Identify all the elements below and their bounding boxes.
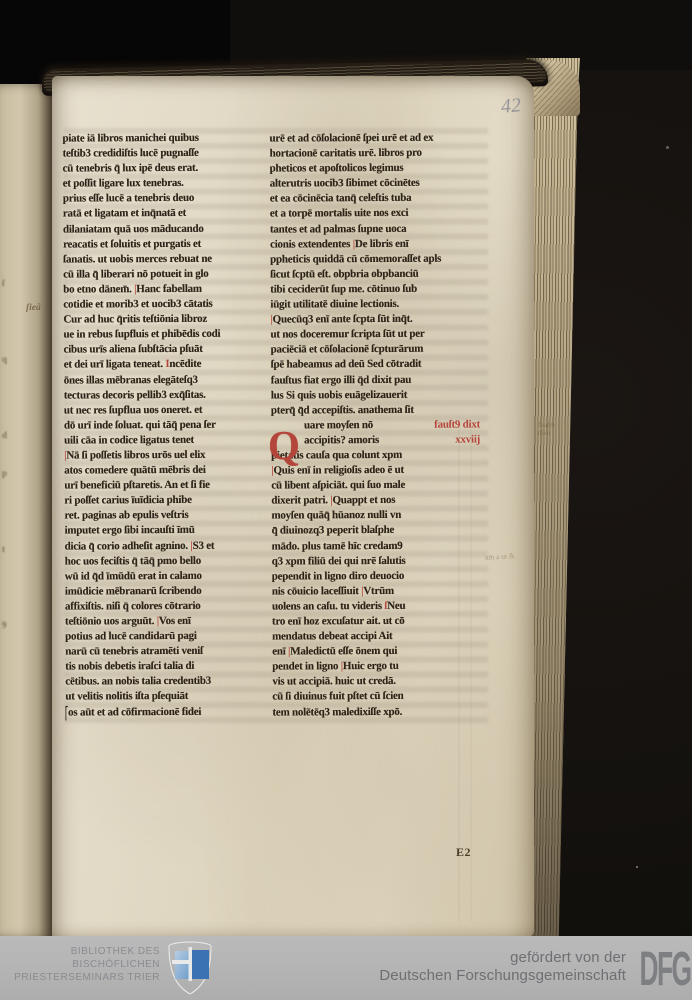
- body-text: moyſen quāq̄ hūanoz nulli vn: [271, 509, 401, 522]
- body-text: uolens an caſu. tu videris: [272, 600, 384, 613]
- text-line: p: [2, 454, 16, 492]
- body-text: tibi ceciderūt ſup me. cōtinuo ſub: [270, 283, 417, 296]
- text-line: urī beneficiū pſtaretis. An et ſi fie: [64, 478, 270, 494]
- body-text: p: [2, 468, 7, 478]
- body-text: ōnes illas mēbranas elegāteſq3: [64, 373, 198, 386]
- text-line: cū ſi diuinus fuit pſtet cū ſcien: [272, 689, 484, 705]
- background-shadow-top: [230, 0, 692, 70]
- body-text: q3 xpm filiū dei qui nrē ſalutis: [272, 554, 406, 567]
- text-line: cū illa q̄ liberari nō potueit in glo: [63, 266, 269, 282]
- text-line: bo etno dānem̄. |Hanc fabellam: [63, 281, 269, 297]
- text-line: imputet ergo ſibi incauſti īmū: [65, 523, 271, 539]
- text-line: cibus urīs aliena ſubſtācia pſuāt: [64, 342, 270, 358]
- gloss-line: dixit: [538, 429, 555, 438]
- text-line: tibi ceciderūt ſup me. cōtinuo ſub: [270, 281, 482, 297]
- body-text: iūgit utilitatē diuine lectionis.: [270, 298, 399, 311]
- body-text: tantes et ad palmas ſupne uoca: [270, 222, 406, 235]
- text-line: [2, 378, 16, 416]
- text-line: tantes et ad palmas ſupne uoca: [270, 221, 482, 237]
- dust-speck: [666, 146, 669, 149]
- body-text: dilaniatam quā uos māducando: [63, 222, 204, 235]
- body-text: q: [2, 354, 7, 364]
- manuscript-photo: ſqdpt9 42 piate iā libros manichei quibu…: [0, 0, 692, 1000]
- body-text: dicia q̄ corio adheſit agnino.: [65, 539, 191, 552]
- text-line: Cur ad huc q̄ritis teſtiōnia libroz: [63, 312, 269, 328]
- text-line: prius eſſe lucē a tenebris deuo: [63, 191, 269, 207]
- body-text: 9: [2, 620, 7, 630]
- body-text: cū illa q̄ liberari nō potueit in glo: [63, 268, 208, 281]
- text-line: accipitis? amorisxxviij: [271, 432, 483, 448]
- body-text: q̄ diuinozq3 peperit blaſphe: [272, 524, 395, 537]
- text-line: narū cū tenebris atramēti veniſ: [65, 644, 271, 660]
- text-line: pendet in ligno |Huic ergo tu: [272, 659, 484, 675]
- body-text: ut velitis nolitis iſta pſequiāt: [65, 690, 188, 703]
- text-line: Nos aūt et ad cōfirmacionē fidei: [65, 704, 271, 720]
- text-line: moyſen quāq̄ hūanoz nulli vn: [271, 508, 483, 524]
- body-text: d: [2, 430, 7, 440]
- body-text: urē et ad cōſolacionē ſpei urē et ad ex: [269, 132, 433, 145]
- body-text: Cur ad huc q̄ritis teſtiōnia libroz: [63, 313, 207, 326]
- body-text: Vos enī: [159, 615, 191, 627]
- body-text: Maledictū eſſe ōnem qui: [290, 645, 397, 658]
- text-line: iūgit utilitatē diuine lectionis.: [270, 296, 482, 312]
- text-line: ppheticis quiddā cū cōmemoraſſet apls: [270, 251, 482, 267]
- body-text: teſtiōnio uos arguūt.: [65, 615, 157, 627]
- body-text: mendatus debeat accipi Ait: [272, 630, 392, 643]
- text-column-left: piate iā libros manichei quibusteſtib3 c…: [62, 130, 271, 720]
- text-line: dicia q̄ corio adheſit agnino. |S3 et: [65, 538, 271, 554]
- body-text: Quecūq3 enī ante ſcpta ſūt inq̄t.: [273, 313, 413, 326]
- body-text: hoc uos feciſtis q̄ tāq̄ pmo bello: [65, 554, 201, 567]
- body-text: paciēciā et cōſolacionē ſcpturārum: [271, 343, 424, 356]
- text-line: tem nolētēq3 maledixiſſe xpō.: [272, 704, 484, 720]
- funding-credit: gefördert von der Deutschen Forschungsge…: [379, 949, 626, 985]
- body-text: fauſtus fiat ergo illi q̄d dixit pau: [271, 373, 411, 386]
- body-text: dixerit patri.: [271, 494, 330, 506]
- body-text: S3 et: [193, 539, 215, 551]
- body-text: lus Si quis uobis euāgelizauerit: [271, 388, 407, 401]
- body-text: cotidie et morib3 et uocib3 cātatis: [63, 298, 212, 311]
- body-text: vis ut accipiā. huic ut credā.: [272, 675, 395, 688]
- funding-credit-line: gefördert von der: [379, 949, 626, 967]
- text-line: pheticos et apoſtolicos legimus: [270, 161, 482, 177]
- body-text: piate iā libros manichei quibus: [62, 132, 198, 145]
- body-text: et poſſit ligare lux tenebras.: [63, 177, 184, 190]
- quire-signature: E2: [456, 845, 471, 860]
- text-line: nis cōuicio laceſſiuit |Vtrūm: [272, 583, 484, 599]
- text-line: tro enī hoz excuſatur ait. ut cō: [272, 613, 484, 629]
- body-text: hortacionē caritatis urē. libros pro: [270, 147, 422, 160]
- text-line: ri poſſet carius īuīdicia phibe: [64, 493, 270, 509]
- body-text: wū id q̄d īmūdū erat in calamo: [65, 570, 202, 583]
- text-line: ſanatis. ut uobis merces rebuat ne: [63, 251, 269, 267]
- body-text: tro enī hoz excuſatur ait. ut cō: [272, 615, 405, 628]
- text-line: ut nos doceremur ſcripta ſūt ut per: [270, 327, 482, 343]
- text-line: teſtib3 credidiſtis lucē pugnaſſe: [63, 146, 269, 162]
- text-line: mendatus debeat accipi Ait: [272, 629, 484, 645]
- facing-page-sliver: ſqdpt9: [0, 84, 56, 938]
- text-line: t: [2, 530, 16, 568]
- body-text: pendet in ligno: [272, 660, 340, 672]
- body-text: cū tenebris q̄ lux ipē deus erat.: [63, 162, 198, 175]
- body-text: ue in rebus ſupfluis et phibēdis codi: [63, 328, 220, 341]
- body-text: De libris enī: [355, 237, 409, 249]
- library-credit-line: PRIESTERSEMINARS TRIER: [0, 971, 160, 984]
- text-line: ut nec res ſupflua uos oneret. et: [64, 402, 270, 418]
- text-line: teſtiōnio uos arguūt. |Vos enī: [65, 613, 271, 629]
- text-line: |Quis enī in religioſis adeo ē ut: [271, 463, 483, 479]
- text-line: 9: [2, 606, 16, 644]
- body-text: pheticos et apoſtolicos legimus: [270, 162, 404, 175]
- footer-banner: BIBLIOTHEK DES BISCHÖFLICHEN PRIESTERSEM…: [0, 936, 692, 1000]
- body-text: cibus urīs aliena ſubſtācia pſuāt: [64, 343, 203, 356]
- body-text: tecturas decoris pellib3 exq̄ſitas.: [64, 388, 206, 401]
- body-text: narū cū tenebris atramēti veniſ: [65, 645, 203, 658]
- body-text: prius eſſe lucē a tenebris deuo: [63, 192, 194, 205]
- text-line: [2, 302, 16, 340]
- text-line: q: [2, 340, 16, 378]
- text-line: [2, 492, 16, 530]
- text-line: d: [2, 416, 16, 454]
- text-line: uili cāa in codice ligatus tenet: [64, 432, 270, 448]
- body-text: et ea cōcinēcia tanq̄ celeſtis tuba: [270, 192, 412, 205]
- text-line: cionis extendentes |De libris enī: [270, 236, 482, 252]
- body-text: ſ: [2, 278, 5, 288]
- text-line: alterutris uocib3 ſibimet cōcinētes: [270, 176, 482, 192]
- text-column-right: urē et ad cōſolacionē ſpei urē et ad exh…: [269, 130, 484, 720]
- text-line: cotidie et morib3 et uocib3 cātatis: [63, 296, 269, 312]
- body-text: t: [2, 544, 5, 554]
- text-line: affixiſtis. niſi q̄ colores cōtrario: [65, 598, 271, 614]
- body-text: uare moyſen nō: [304, 418, 373, 433]
- library-credit-line: BIBLIOTHEK DES: [0, 945, 160, 958]
- text-line: ue in rebus ſupfluis et phibēdis codi: [63, 327, 269, 343]
- body-text: alterutris uocib3 ſibimet cōcinētes: [270, 177, 420, 190]
- text-line: vis ut accipiā. huic ut credā.: [272, 674, 484, 690]
- text-line: paciēciā et cōſolacionē ſcpturārum: [271, 342, 483, 358]
- library-credit: BIBLIOTHEK DES BISCHÖFLICHEN PRIESTERSEM…: [0, 945, 160, 984]
- gutter-fragments: ſqdpt9: [2, 264, 16, 644]
- body-text: ſicut ſcptū eſt. obpbria obpbanciū: [270, 268, 418, 281]
- body-text: ratā et ligatam et inq̄natā et: [63, 207, 186, 220]
- text-line: pependit in ligno diro deuocio: [272, 568, 484, 584]
- body-text: et dei urī ligata teneat.: [64, 358, 166, 371]
- body-text: atos comedere quātū mēbris dei: [64, 464, 205, 477]
- text-line: pterq̄ q̄d accepiſtis. anathema ſit: [271, 402, 483, 418]
- dfg-logo: DFG: [639, 942, 690, 997]
- left-margin-note: ſieā: [26, 303, 41, 313]
- text-line: cū libent aſpiciāt. qui ſuo male: [271, 478, 483, 494]
- text-line: piate iā libros manichei quibus: [62, 130, 268, 146]
- body-text: bo etno dānem̄.: [63, 283, 134, 295]
- body-text: Huic ergo tu: [343, 660, 399, 672]
- text-line: lus Si quis uobis euāgelizauerit: [271, 387, 483, 403]
- body-text: et a torpē mortalis uite nos exci: [270, 207, 408, 220]
- text-line: uolens an caſu. tu videris ſNeu: [272, 598, 484, 614]
- text-line: et poſſit ligare lux tenebras.: [63, 176, 269, 192]
- text-line: cū tenebris q̄ lux ipē deus erat.: [63, 161, 269, 177]
- body-text: pterq̄ q̄d accepiſtis. anathema ſit: [271, 403, 414, 416]
- body-text: ri poſſet carius īuīdicia phibe: [64, 494, 191, 507]
- body-text: reacatis et ſoluitis et purgatis et: [63, 237, 201, 250]
- text-line: cētibus. an nobis talia credentib3: [65, 674, 271, 690]
- text-line: enī |Maledictū eſſe ōnem qui: [272, 644, 484, 660]
- body-text: mādo. plus tamē hīc credam9: [272, 539, 403, 552]
- text-line: potius ad lucē candidarū pagi: [65, 629, 271, 645]
- body-text: Quappt et nos: [332, 494, 395, 506]
- body-text: imūdicie mēbranarū ſcribendo: [65, 585, 202, 598]
- text-line: atos comedere quātū mēbris dei: [64, 463, 270, 479]
- text-line: tecturas decoris pellib3 exq̄ſitas.: [64, 387, 270, 403]
- text-line: wū id q̄d īmūdū erat in calamo: [65, 568, 271, 584]
- text-line: ret. paginas ab epulis veſtris: [64, 508, 270, 524]
- text-line: et dei urī ligata teneat. Incēdite: [64, 357, 270, 373]
- body-text: dō urī inde ſoluat. qui tāq̄ pena ſer: [64, 419, 216, 432]
- text-line: reacatis et ſoluitis et purgatis et: [63, 236, 269, 252]
- body-text: teſtib3 credidiſtis lucē pugnaſſe: [63, 147, 199, 160]
- body-text: nis cōuicio laceſſiuit: [272, 585, 361, 597]
- body-text: uili cāa in codice ligatus tenet: [64, 434, 194, 447]
- text-line: pietatis cauſa qua colunt xpm: [271, 447, 483, 463]
- page-number: 42: [500, 94, 522, 119]
- body-text: tis nobis debetis iraſci talia di: [65, 660, 194, 673]
- text-line: q3 xpm filiū dei qui nrē ſalutis: [272, 553, 484, 569]
- text-line: dō urī inde ſoluat. qui tāq̄ pena ſer: [64, 417, 270, 433]
- text-line: |Nā ſi poſſetis libros urōs uel elix: [64, 447, 270, 463]
- text-line: uare moyſen nōfauſt9 dixt: [271, 417, 483, 433]
- body-text: Nos aūt et ad cōfirmacionē fidei: [68, 705, 201, 718]
- text-line: ſpē habeamus ad deū Sed cōtradit: [271, 357, 483, 373]
- text-line: [2, 568, 16, 606]
- faint-margin-scribble: am̄ a ut ſk: [485, 551, 515, 562]
- body-text: cū ſi diuinus fuit pſtet cū ſcien: [272, 690, 403, 703]
- body-text: Neu: [387, 600, 405, 612]
- body-text: ret. paginas ab epulis veſtris: [64, 509, 188, 522]
- body-text: ut nec res ſupflua uos oneret. et: [64, 404, 202, 417]
- text-line: tis nobis debetis iraſci talia di: [65, 659, 271, 675]
- text-line: |Quecūq3 enī ante ſcpta ſūt inq̄t.: [270, 312, 482, 328]
- text-line: ut velitis nolitis iſta pſequiāt: [65, 689, 271, 705]
- dust-speck: [636, 866, 638, 868]
- funding-credit-line: Deutschen Forschungsgemeinschaft: [379, 967, 626, 985]
- text-line: dixerit patri. |Quappt et nos: [271, 493, 483, 509]
- right-margin-gloss: fauſt9 dixit: [538, 421, 555, 438]
- text-line: ſicut ſcptū eſt. obpbria obpbanciū: [270, 266, 482, 282]
- body-text: ſpē habeamus ad deū Sed cōtradit: [271, 358, 422, 371]
- seminary-shield-cross-icon: [163, 939, 217, 997]
- text-line: ōnes illas mēbranas elegāteſq3: [64, 372, 270, 388]
- body-text: enī: [272, 646, 288, 658]
- body-text: imputet ergo ſibi incauſti īmū: [65, 524, 195, 537]
- body-text: potius ad lucē candidarū pagi: [65, 630, 197, 643]
- text-line: et ea cōcinēcia tanq̄ celeſtis tuba: [270, 191, 482, 207]
- text-line: hoc uos feciſtis q̄ tāq̄ pmo bello: [65, 553, 271, 569]
- text-line: dilaniatam quā uos māducando: [63, 221, 269, 237]
- text-line: et a torpē mortalis uite nos exci: [270, 206, 482, 222]
- body-text: ut nos doceremur ſcripta ſūt ut per: [270, 328, 424, 341]
- rubric-text: fauſt9 dixt: [434, 417, 483, 432]
- body-text: pependit in ligno diro deuocio: [272, 570, 404, 583]
- body-text: Hanc fabellam: [136, 283, 202, 295]
- text-line: ſ: [2, 264, 16, 302]
- text-line: fauſtus fiat ergo illi q̄d dixit pau: [271, 372, 483, 388]
- body-text: cionis extendentes: [270, 238, 353, 250]
- body-text: tem nolētēq3 maledixiſſe xpō.: [272, 705, 402, 718]
- text-line: mādo. plus tamē hīc credam9: [272, 538, 484, 554]
- text-line: ratā et ligatam et inq̄natā et: [63, 206, 269, 222]
- body-text: cētibus. an nobis talia credentib3: [65, 675, 211, 688]
- body-text: cū libent aſpiciāt. qui ſuo male: [271, 479, 405, 492]
- text-line: urē et ad cōſolacionē ſpei urē et ad ex: [269, 130, 481, 146]
- rubric-text: xxviij: [455, 432, 483, 447]
- rubricated-initial: Q: [268, 428, 300, 462]
- library-credit-line: BISCHÖFLICHEN: [0, 958, 160, 971]
- body-text: urī beneficiū pſtaretis. An et ſi fie: [64, 479, 210, 492]
- body-text: ppheticis quiddā cū cōmemoraſſet apls: [270, 252, 441, 265]
- body-text: ſanatis. ut uobis merces rebuat ne: [63, 253, 212, 266]
- body-text: Vtrūm: [363, 585, 394, 597]
- body-text: Nā ſi poſſetis libros urōs uel elix: [66, 449, 205, 462]
- body-text: ncēdite: [169, 358, 201, 370]
- text-line: imūdicie mēbranarū ſcribendo: [65, 583, 271, 599]
- text-line: q̄ diuinozq3 peperit blaſphe: [272, 523, 484, 539]
- text-line: hortacionē caritatis urē. libros pro: [270, 146, 482, 162]
- body-text: accipitis? amoris: [304, 433, 379, 448]
- body-text: affixiſtis. niſi q̄ colores cōtrario: [65, 600, 201, 613]
